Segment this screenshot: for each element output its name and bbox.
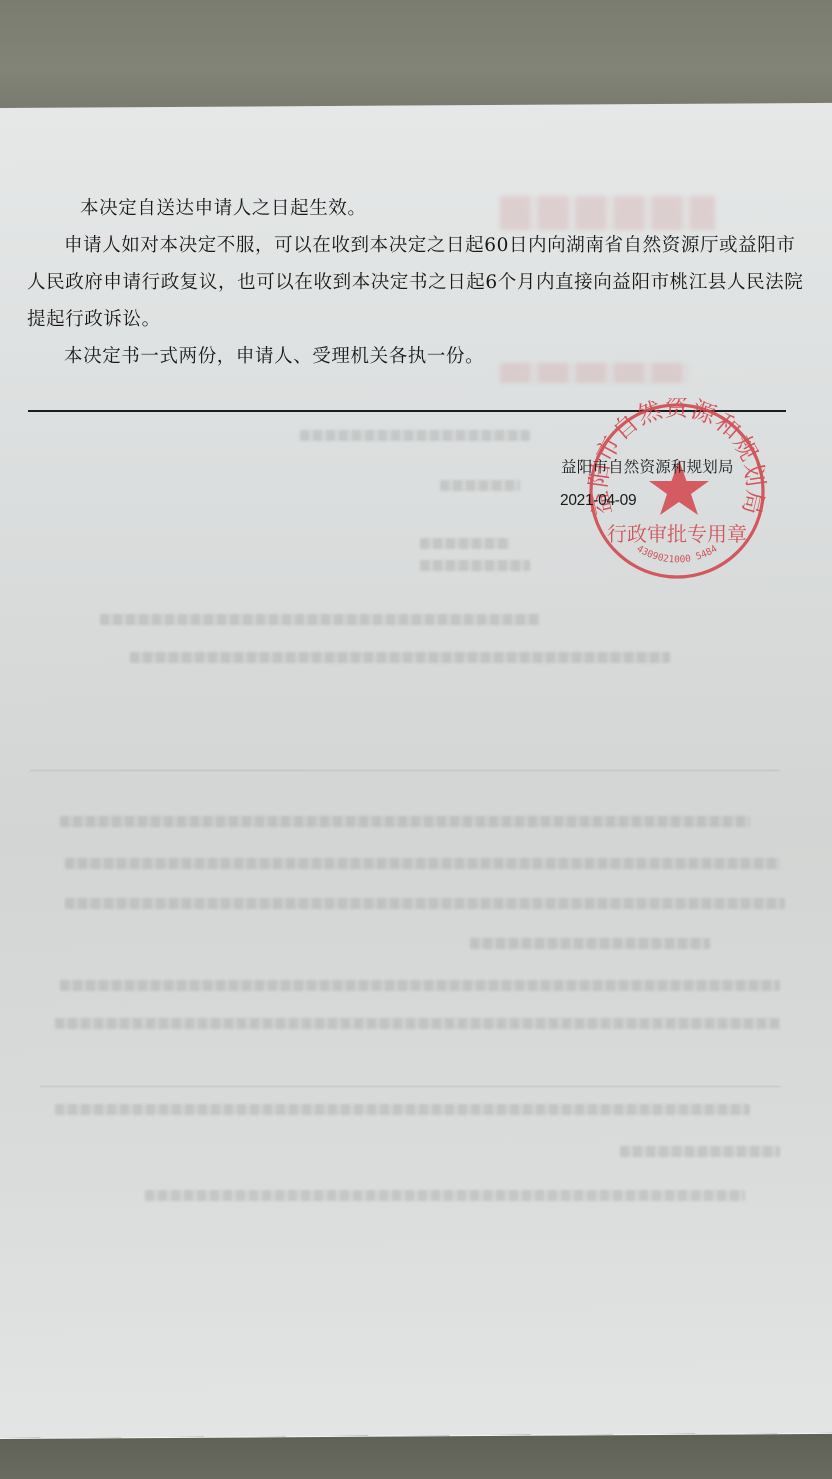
bleed-through-line — [420, 560, 530, 571]
bleed-through-heading — [500, 196, 715, 230]
bleed-through-line — [65, 858, 780, 869]
document-page — [0, 103, 832, 1438]
bleed-through-line — [420, 538, 510, 549]
desk-surface-top — [0, 0, 832, 112]
bleed-through-line — [440, 480, 520, 491]
paragraph-effective-date: 本决定自送达申请人之日起生效。 — [80, 197, 367, 221]
signature-organization: 益阳市自然资源和规划局 — [561, 455, 734, 477]
paragraph-appeal-line-2: 人民政府申请行政复议，也可以在收到本决定书之日起6个月内直接向益阳市桃江县人民法… — [27, 271, 803, 295]
bleed-through-rule — [40, 1086, 780, 1087]
bleed-through-line — [145, 1190, 745, 1201]
svg-text:4309021000 5484: 4309021000 5484 — [635, 543, 720, 565]
bleed-through-line — [470, 938, 710, 949]
stamp-code: 4309021000 5484 — [635, 543, 720, 565]
bleed-through-line — [60, 816, 750, 827]
bleed-through-line — [130, 652, 670, 663]
signature-date: 2021-04-09 — [560, 492, 636, 510]
paragraph-appeal-line-3: 提起行政诉讼。 — [27, 308, 161, 332]
bleed-through-line — [60, 980, 780, 991]
bleed-through-subheading — [500, 363, 690, 383]
bleed-through-line — [65, 898, 785, 909]
bleed-through-line — [55, 1104, 750, 1115]
bleed-through-line — [300, 430, 530, 441]
bleed-through-rule — [30, 770, 780, 771]
bleed-through-line — [55, 1018, 780, 1029]
bleed-through-line — [100, 614, 540, 625]
paragraph-appeal-line-1: 申请人如对本决定不服，可以在收到本决定之日起60日内向湖南省自然资源厅或益阳市 — [64, 234, 795, 258]
paragraph-copies: 本决定书一式两份，申请人、受理机关各执一份。 — [64, 345, 484, 369]
stamp-inner-text: 行政审批专用章 — [607, 522, 747, 546]
official-seal-stamp: 益阳市自然资源和规划局 行政审批专用章 4309021000 5484 — [582, 398, 772, 584]
bleed-through-line — [620, 1146, 780, 1157]
